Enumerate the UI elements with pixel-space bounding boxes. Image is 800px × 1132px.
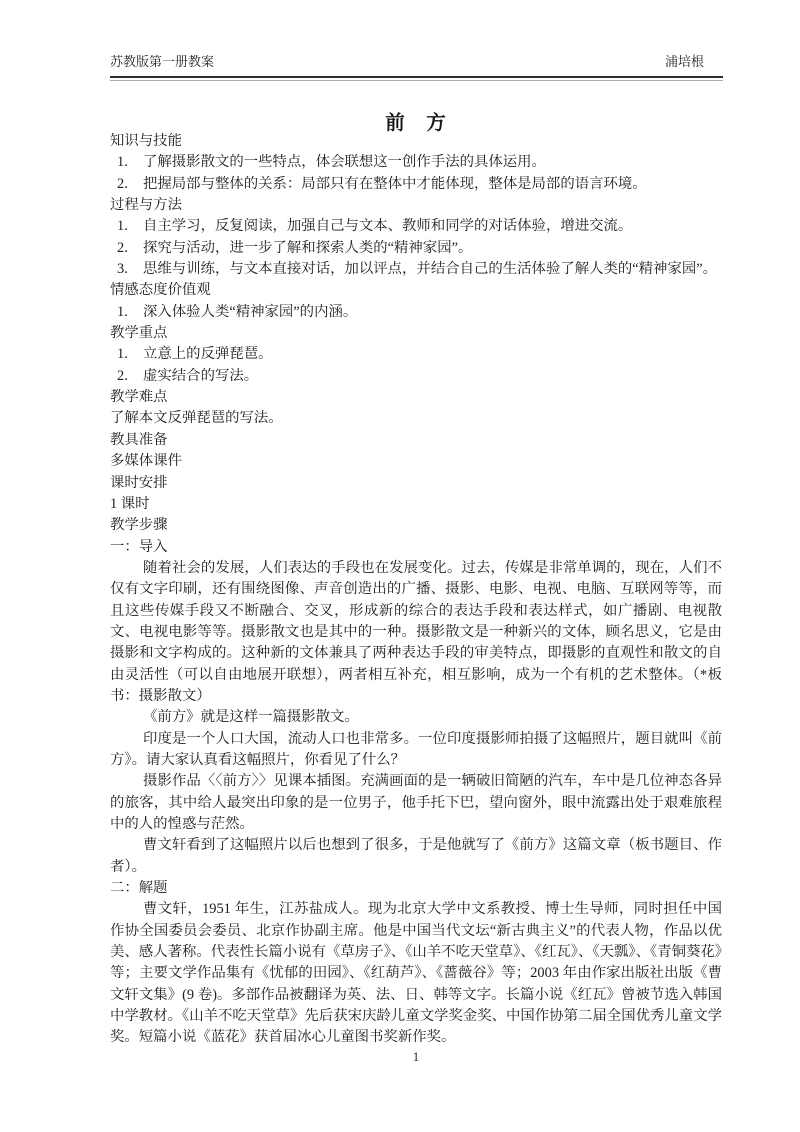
- list-item-text: 立意上的反弹琵琶。: [143, 346, 273, 362]
- section-label: 一：导入: [110, 537, 722, 558]
- list-number: 2.: [117, 174, 143, 195]
- list-item-text: 思维与训练，与文本直接对话，加以评点，并结合自己的生活体验了解人类的“精神家园”…: [143, 261, 717, 277]
- list-item: 2.探究与活动，进一步了解和探索人类的“精神家园”。: [110, 238, 722, 259]
- paragraph: 曹文轩，1951 年生，江苏盐成人。现为北京大学中文系教授、博士生导师，同时担任…: [110, 899, 722, 1048]
- list-number: 1.: [117, 216, 143, 237]
- list-item: 1.立意上的反弹琵琶。: [110, 344, 722, 365]
- section-label: 课时安排: [110, 473, 722, 494]
- list-item-text: 了解摄影散文的一些特点，体会联想这一创作手法的具体运用。: [143, 154, 546, 170]
- section-label: 多媒体课件: [110, 451, 722, 472]
- section-label: 教学重点: [110, 323, 722, 344]
- section-label: 教学难点: [110, 387, 722, 408]
- page-header: 苏教版第一册教案 浦培根: [110, 53, 722, 71]
- list-number: 1.: [117, 152, 143, 173]
- header-right-author: 浦培根: [665, 53, 722, 71]
- paragraph: 摄影作品〈〈前方〉〉见课本插图。充满画面的是一辆破旧简陋的汽车，车中是几位神态各…: [110, 771, 722, 835]
- header-rule: [110, 76, 723, 78]
- list-item-text: 深入体验人类“精神家园”的内涵。: [143, 304, 357, 320]
- list-item: 2.把握局部与整体的关系：局部只有在整体中才能体现，整体是局部的语言环境。: [110, 174, 722, 195]
- list-number: 1.: [117, 302, 143, 323]
- list-item: 1.了解摄影散文的一些特点，体会联想这一创作手法的具体运用。: [110, 152, 722, 173]
- page-footer: 1: [110, 1049, 722, 1065]
- paragraph: 印度是一个人口大国，流动人口也非常多。一位印度摄影师拍摄了这幅照片，题目就叫《前…: [110, 729, 722, 772]
- list-item: 1.深入体验人类“精神家园”的内涵。: [110, 302, 722, 323]
- list-number: 3.: [117, 259, 143, 280]
- section-label: 二：解题: [110, 878, 722, 899]
- paragraph: 随着社会的发展，人们表达的手段也在发展变化。过去，传媒是非常单调的，现在，人们不…: [110, 558, 722, 707]
- header-left-text: 苏教版第一册教案: [110, 53, 214, 71]
- section-label: 1 课时: [110, 494, 722, 515]
- header-rule-secondary: [110, 80, 723, 81]
- list-item: 2.虚实结合的写法。: [110, 366, 722, 387]
- list-item-text: 探究与活动，进一步了解和探索人类的“精神家园”。: [143, 240, 472, 256]
- list-number: 2.: [117, 366, 143, 387]
- list-number: 1.: [117, 344, 143, 365]
- section-label: 情感态度价值观: [110, 280, 722, 301]
- page-number: 1: [413, 1049, 420, 1064]
- section-label: 了解本文反弹琵琶的写法。: [110, 408, 722, 429]
- section-label: 教学步骤: [110, 515, 722, 536]
- list-item: 1.自主学习，反复阅读，加强自己与文本、教师和同学的对话体验，增进交流。: [110, 216, 722, 237]
- paragraph: 曹文轩看到了这幅照片以后也想到了很多，于是他就写了《前方》这篇文章（板书题目、作…: [110, 835, 722, 878]
- list-item-text: 把握局部与整体的关系：局部只有在整体中才能体现，整体是局部的语言环境。: [143, 176, 647, 192]
- section-label: 知识与技能: [110, 131, 722, 152]
- section-label: 教具准备: [110, 430, 722, 451]
- list-number: 2.: [117, 238, 143, 259]
- section-label: 过程与方法: [110, 195, 722, 216]
- list-item-text: 虚实结合的写法。: [143, 368, 258, 384]
- paragraph: 《前方》就是这样一篇摄影散文。: [110, 707, 722, 728]
- document-page: 苏教版第一册教案 浦培根 前 方 知识与技能1.了解摄影散文的一些特点，体会联想…: [0, 0, 800, 1132]
- list-item-text: 自主学习，反复阅读，加强自己与文本、教师和同学的对话体验，增进交流。: [143, 218, 632, 234]
- list-item: 3.思维与训练，与文本直接对话，加以评点，并结合自己的生活体验了解人类的“精神家…: [110, 259, 722, 280]
- document-lines: 知识与技能1.了解摄影散文的一些特点，体会联想这一创作手法的具体运用。2.把握局…: [110, 131, 722, 1049]
